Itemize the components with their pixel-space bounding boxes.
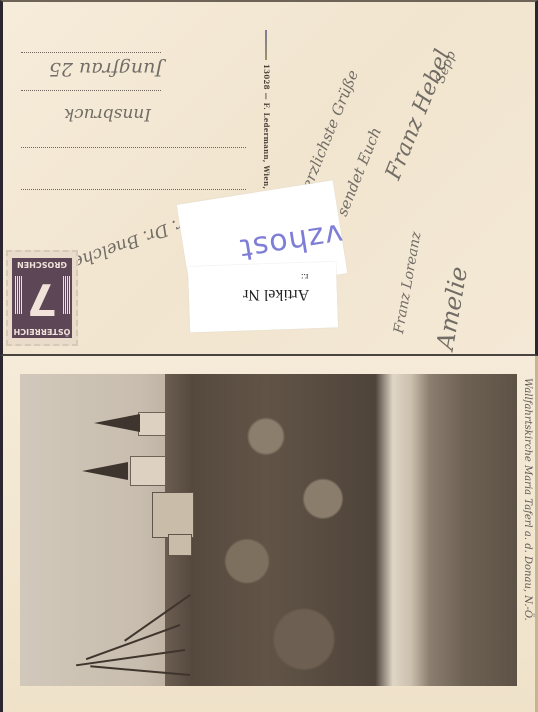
- handwritten-signature-1: Franz Loreanz: [391, 231, 425, 335]
- stamp-country: ÖSTERREICH: [14, 327, 71, 336]
- handwritten-address-2: Innsbruck: [64, 104, 151, 124]
- photo-hill: [430, 374, 517, 686]
- article-number-label: Artikel Nr: [243, 285, 309, 303]
- center-divider-mark: [265, 30, 267, 60]
- handwritten-message-2: sendet Euch: [333, 125, 385, 219]
- address-line: [21, 147, 246, 148]
- address-line: [21, 52, 161, 53]
- stamp-decoration: [62, 276, 70, 314]
- postcard-back: Jungfrau 25 Innsbruck Fr. Dr. Bnelchen 1…: [0, 0, 538, 356]
- handwritten-recipient: Fr. Dr. Bnelchen: [60, 209, 198, 276]
- photo-building: [168, 534, 192, 556]
- photo-road: [375, 374, 435, 686]
- church-spire: [94, 414, 140, 432]
- postage-stamp: ÖSTERREICH 7 GROSCHEN: [6, 250, 78, 346]
- church-tower: [130, 456, 166, 486]
- stamp-denomination: 7: [27, 276, 58, 320]
- postcard-front: Wallfahrtskirche Maria Taferl a. d. Dona…: [0, 356, 538, 712]
- church-tower: [138, 412, 166, 436]
- photo-building: [152, 492, 194, 538]
- address-line: [21, 189, 246, 190]
- church-spire: [82, 462, 128, 480]
- address-line: [21, 90, 161, 91]
- handwritten-address-1: Jungfrau 25: [49, 58, 163, 80]
- church-landscape-photo: [20, 374, 517, 686]
- stamp-decoration: [14, 276, 22, 314]
- stamp-unit: GROSCHEN: [17, 260, 67, 269]
- handwritten-signature-2: Amelie: [431, 264, 473, 351]
- photo-trees: [190, 374, 380, 686]
- article-sub-label: r.:: [301, 272, 308, 282]
- photo-caption: Wallfahrtskirche Maria Taferl a. d. Dona…: [522, 378, 533, 621]
